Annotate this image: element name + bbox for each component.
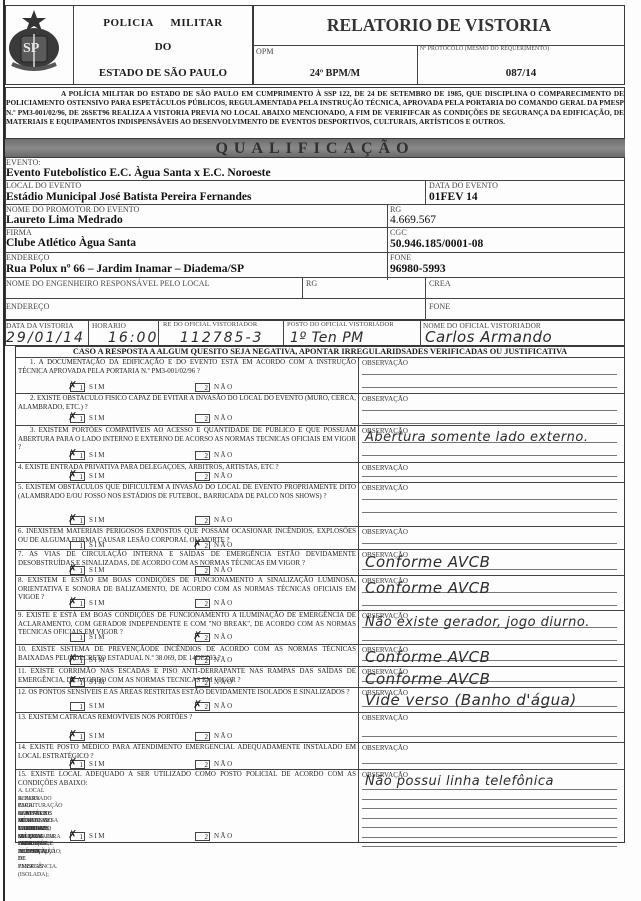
checkbox-nao[interactable]: 2 bbox=[195, 566, 210, 575]
horario-value: 16:00 bbox=[108, 330, 158, 346]
check-mark-icon: ✗ bbox=[68, 756, 77, 769]
check-mark-icon: ✗ bbox=[193, 629, 202, 642]
engenheiro-fone-label: FONE bbox=[429, 302, 450, 311]
row-divider bbox=[15, 425, 625, 426]
observacao-handwritten[interactable]: Abertura somente lado externo. bbox=[365, 431, 615, 445]
intro-text: A POLÍCIA MILITAR DO ESTADO DE SÃO PAULO… bbox=[6, 89, 624, 127]
nao-label: NÃO bbox=[214, 541, 234, 549]
observacao-line bbox=[362, 640, 617, 641]
row-divider bbox=[15, 482, 625, 483]
check-mark-icon: ✗ bbox=[68, 674, 77, 687]
question-text: 15. EXISTE LOCAL ADEQUADO A SER UTILIZAD… bbox=[18, 771, 356, 788]
question-text: 6. INEXISTEM MATERIAIS PERIGOSOS EXPOSTO… bbox=[18, 528, 356, 545]
firma-label: FIRMA bbox=[6, 228, 32, 237]
observacao-handwritten[interactable]: Não existe gerador, jogo diurno. bbox=[365, 616, 615, 630]
re-oficial-label: RE DO OFICIAL VISTORIADOR bbox=[163, 321, 257, 328]
observacao-line bbox=[362, 423, 617, 424]
row-divider bbox=[5, 298, 625, 299]
qualificacao-title: QUALIFICAÇÃO bbox=[5, 140, 625, 158]
engenheiro-label: NOME DO ENGENHEIRO RESPONSÁVEL PELO LOCA… bbox=[6, 279, 210, 288]
nao-label: NÃO bbox=[214, 383, 234, 391]
nao-label: NÃO bbox=[214, 633, 234, 641]
nao-label: NÃO bbox=[214, 472, 234, 480]
nao-label: NÃO bbox=[214, 451, 234, 459]
checkbox-nao[interactable]: 2 bbox=[195, 732, 210, 741]
checkbox-nao[interactable]: 2 bbox=[195, 383, 210, 392]
observacao-handwritten[interactable]: Conforme AVCB bbox=[365, 555, 615, 569]
check-mark-icon: ✗ bbox=[68, 468, 77, 481]
observacao-label: OBSERVAÇÃO bbox=[362, 395, 408, 403]
sim-label: SIM bbox=[89, 383, 106, 391]
sim-label: SIM bbox=[89, 832, 106, 840]
row-divider bbox=[5, 277, 625, 278]
horario-label: HORARIO bbox=[92, 321, 126, 330]
sim-label: SIM bbox=[89, 566, 106, 574]
observacao-line bbox=[362, 410, 617, 411]
sim-label: SIM bbox=[89, 541, 106, 549]
org-line-2: DO bbox=[73, 41, 253, 53]
firma-value: Clube Atlético Àgua Santa bbox=[6, 237, 136, 249]
observacao-line bbox=[362, 818, 617, 819]
local-value: Estádio Municipal José Batista Pereira F… bbox=[6, 191, 251, 203]
nao-label: NÃO bbox=[214, 516, 234, 524]
check-mark-icon: ✗ bbox=[68, 512, 77, 525]
nao-label: NÃO bbox=[214, 566, 234, 574]
org-line-1: POLICIA MILITAR bbox=[73, 17, 253, 29]
sim-label: SIM bbox=[89, 732, 106, 740]
cgc-label: CGC bbox=[390, 228, 407, 237]
check-mark-icon: ✗ bbox=[68, 652, 77, 665]
endereco-value: Rua Polux nº 66 – Jardim Inamar – Diadem… bbox=[6, 263, 244, 275]
svg-text:SP: SP bbox=[23, 41, 40, 56]
checkbox-nao[interactable]: 2 bbox=[195, 516, 210, 525]
col-divider bbox=[425, 180, 426, 204]
org-line-3: ESTADO DE SÃO PAULO bbox=[73, 67, 253, 79]
re-oficial-value: 112785-3 bbox=[180, 330, 263, 346]
row-divider bbox=[15, 769, 625, 770]
check-mark-icon: ✗ bbox=[68, 410, 77, 423]
engenheiro-endereco-label: ENDEREÇO bbox=[6, 302, 49, 311]
protocolo-label: Nº PROTOCOLO (MESMO DO REQUERIMENTO) bbox=[420, 46, 549, 52]
row-divider bbox=[15, 462, 625, 463]
observacao-handwritten[interactable]: Conforme AVCB bbox=[365, 581, 615, 595]
check-mark-icon: ✗ bbox=[193, 698, 202, 711]
observacao-handwritten[interactable]: Vide verso (Banho d'água) bbox=[365, 693, 615, 707]
sim-label: SIM bbox=[89, 451, 106, 459]
check-mark-icon: ✗ bbox=[68, 379, 77, 392]
observacao-label: OBSERVAÇÃO bbox=[362, 744, 408, 752]
observacao-line bbox=[362, 827, 617, 828]
posto-oficial-value: 1º Ten PM bbox=[290, 330, 364, 346]
sim-label: SIM bbox=[89, 414, 106, 422]
vistoria-report-page: SP POLICIA MILITAR DO ESTADO DE SÃO PAUL… bbox=[0, 0, 641, 901]
fone-label: FONE bbox=[390, 253, 411, 262]
nome-oficial-value: Carlos Armando bbox=[425, 328, 552, 346]
observacao-line bbox=[362, 455, 617, 456]
local-label: LOCAL DO EVENTO bbox=[6, 181, 81, 190]
observacao-line bbox=[362, 476, 617, 477]
endereco-label: ENDEREÇO bbox=[6, 253, 49, 262]
observacao-line bbox=[362, 512, 617, 513]
col-divider bbox=[420, 320, 421, 346]
nao-label: NÃO bbox=[214, 760, 234, 768]
question-text: 13. EXISTEM CATRACAS REMOVÍVEIS NOS PORT… bbox=[18, 714, 356, 723]
sim-label: SIM bbox=[89, 633, 106, 641]
observacao-label: OBSERVAÇÃO bbox=[362, 359, 408, 367]
observacao-label: OBSERVAÇÃO bbox=[362, 714, 408, 722]
row-divider bbox=[15, 687, 625, 688]
sim-label: SIM bbox=[89, 599, 106, 607]
qualificacao-section-bar: QUALIFICAÇÃO bbox=[5, 139, 625, 157]
observacao-line bbox=[362, 387, 617, 388]
crea-label: CREA bbox=[429, 279, 451, 288]
observacao-line bbox=[362, 605, 617, 606]
checkbox-nao[interactable]: 2 bbox=[195, 599, 210, 608]
row-divider bbox=[5, 252, 625, 253]
row-divider bbox=[15, 742, 625, 743]
question-text: 1. A DOCUMENTAÇÃO DA EDIFICAÇÃO E DO EVE… bbox=[18, 359, 356, 376]
observacao-line bbox=[362, 808, 617, 809]
nao-label: NÃO bbox=[214, 414, 234, 422]
col-divider bbox=[302, 277, 303, 298]
sim-label: SIM bbox=[89, 760, 106, 768]
check-mark-icon: ✗ bbox=[68, 828, 77, 841]
data-evento-label: DATA DO EVENTO bbox=[429, 181, 498, 190]
sim-label: SIM bbox=[89, 678, 106, 686]
promotor-value: Laureto Lima Medrado bbox=[6, 214, 123, 226]
row-divider bbox=[15, 526, 625, 527]
check-mark-icon: ✗ bbox=[68, 562, 77, 575]
question-text: 5. EXISTEM OBSTÁCULOS QUE DIFICULTEM A I… bbox=[18, 484, 356, 501]
question-text: 12. OS PONTOS SENSÍVEIS E AS ÁREAS RESTR… bbox=[18, 689, 356, 698]
checkbox-sim[interactable]: 1 bbox=[70, 702, 85, 711]
sim-label: SIM bbox=[89, 516, 106, 524]
data-vistoria-value: 29/01/14 bbox=[6, 330, 85, 346]
nao-label: NÃO bbox=[214, 732, 234, 740]
nao-label: NÃO bbox=[214, 832, 234, 840]
row-divider bbox=[15, 549, 625, 550]
observacao-line bbox=[362, 837, 617, 838]
promotor-label: NOME DO PROMOTOR DO EVENTO bbox=[6, 205, 139, 214]
question-text: 9. EXISTE E ESTÁ EM BOAS CONDIÇÕES DE FU… bbox=[18, 612, 356, 638]
row-divider bbox=[15, 666, 625, 667]
row-divider bbox=[15, 644, 625, 645]
row-divider bbox=[15, 393, 625, 394]
observacao-label: OBSERVAÇÃO bbox=[362, 464, 408, 472]
col-divider bbox=[88, 320, 89, 346]
checkbox-nao[interactable]: 2 bbox=[195, 678, 210, 687]
observacao-handwritten[interactable]: Conforme AVCB bbox=[365, 672, 615, 686]
opm-divider bbox=[417, 45, 418, 85]
row-divider bbox=[15, 712, 625, 713]
sim-label: SIM bbox=[89, 472, 106, 480]
rg-value: 4.669.567 bbox=[390, 214, 436, 226]
fone-value: 96980-5993 bbox=[390, 263, 446, 275]
evento-value: Evento Futebolístico E.C. Àgua Santa x E… bbox=[6, 167, 271, 179]
evento-label: EVENTO: bbox=[6, 158, 41, 167]
checkbox-sim[interactable]: 1 bbox=[70, 633, 85, 642]
observacao-line bbox=[362, 846, 617, 847]
observacao-handwritten[interactable]: Não possui linha telefônica bbox=[365, 775, 615, 789]
observacao-line bbox=[362, 543, 617, 544]
data-vistoria-label: DATA DA VISTORIA bbox=[6, 321, 74, 330]
nao-label: NÃO bbox=[214, 656, 234, 664]
observacao-line bbox=[362, 736, 617, 737]
observacao-line bbox=[362, 499, 617, 500]
row-divider bbox=[15, 610, 625, 611]
report-title: RELATORIO DE VISTORIA bbox=[253, 15, 625, 36]
instruction-heading: CASO A RESPOSTA A ALGUM QUESITO SEJA NEG… bbox=[15, 347, 625, 356]
check-mark-icon: ✗ bbox=[68, 447, 77, 460]
check-mark-icon: ✗ bbox=[68, 728, 77, 741]
subitem-text: H. ILUMINAÇÃO DE EMERGÊNCIA. bbox=[18, 841, 57, 871]
observacao-label: OBSERVAÇÃO bbox=[362, 528, 408, 536]
engenheiro-rg-label: RG bbox=[306, 279, 317, 288]
nao-label: NÃO bbox=[214, 599, 234, 607]
cgc-value: 50.946.185/0001-08 bbox=[390, 238, 483, 250]
opm-value: 24º BPM/M bbox=[253, 68, 417, 79]
col-divider bbox=[387, 204, 388, 280]
nao-label: NÃO bbox=[214, 702, 234, 710]
sim-label: SIM bbox=[89, 702, 106, 710]
checkbox-nao[interactable]: 2 bbox=[195, 451, 210, 460]
sim-label: SIM bbox=[89, 656, 106, 664]
checkbox-nao[interactable]: 2 bbox=[195, 656, 210, 665]
posto-oficial-label: POSTO DO OFICIAL VISTORIADOR bbox=[287, 321, 394, 328]
checkbox-nao[interactable]: 2 bbox=[195, 832, 210, 841]
nao-label: NÃO bbox=[214, 678, 234, 686]
row-divider bbox=[15, 357, 625, 358]
protocolo-value: 087/14 bbox=[417, 67, 625, 79]
row-divider bbox=[15, 575, 625, 576]
observacao-label: OBSERVAÇÃO bbox=[362, 484, 408, 492]
check-mark-icon: ✗ bbox=[68, 595, 77, 608]
data-evento-value: 01FEV 14 bbox=[429, 191, 478, 203]
row-divider bbox=[5, 227, 625, 228]
col-divider bbox=[283, 320, 284, 346]
row-divider bbox=[5, 180, 625, 181]
checkbox-nao[interactable]: 2 bbox=[195, 760, 210, 769]
checkbox-nao[interactable]: 2 bbox=[195, 472, 210, 481]
observacao-line bbox=[362, 763, 617, 764]
rg-label: RG bbox=[390, 205, 401, 214]
obs-column-divider bbox=[358, 357, 359, 843]
checkbox-nao[interactable]: 2 bbox=[195, 414, 210, 423]
observacao-line bbox=[362, 799, 617, 800]
observacao-line bbox=[362, 789, 617, 790]
brasao-sp-icon: SP bbox=[4, 8, 64, 74]
opm-label: OPM bbox=[256, 47, 274, 56]
observacao-line bbox=[362, 374, 617, 375]
observacao-handwritten[interactable]: Conforme AVCB bbox=[365, 650, 615, 664]
